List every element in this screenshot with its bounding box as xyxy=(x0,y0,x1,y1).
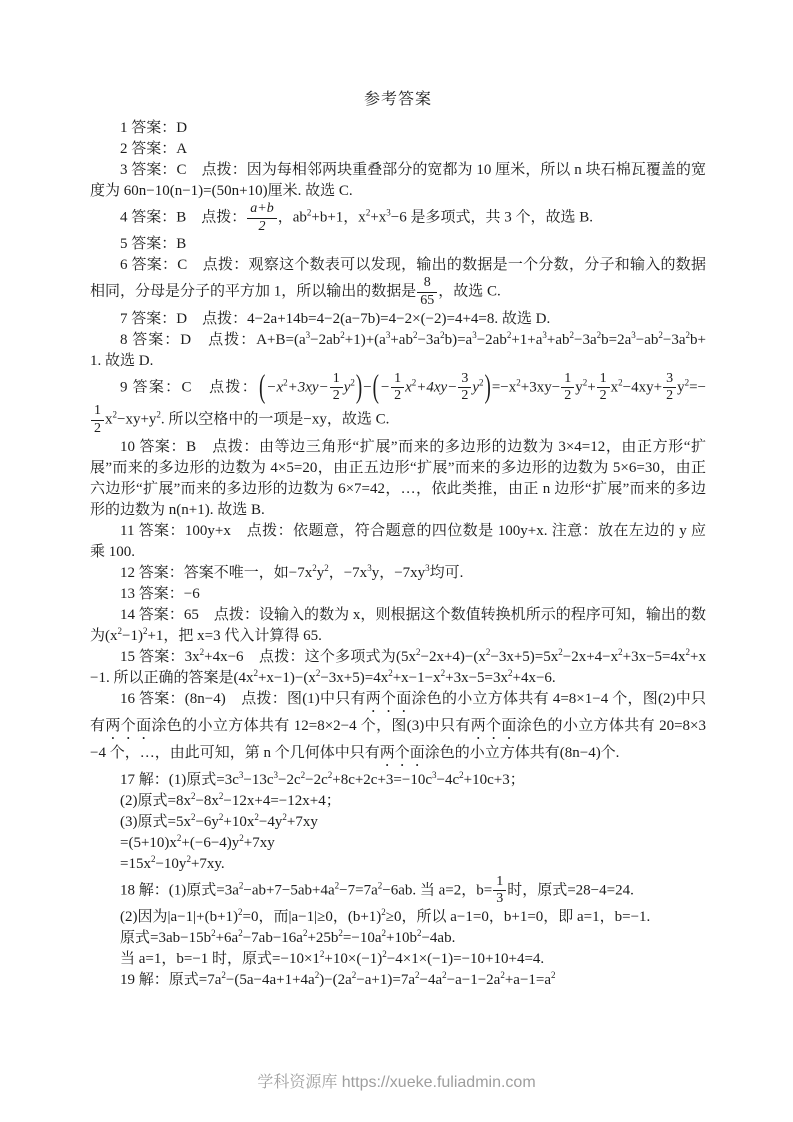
answer-paragraph: 3 答案：C 点拨：因为每相邻两块重叠部分的宽都为 10 厘米，所以 n 块石棉… xyxy=(90,160,706,202)
answer-paragraph: 18 解：(1)原式=3a2−ab+7−5ab+4a2−7=7a2−6ab. 当… xyxy=(90,875,706,907)
answer-paragraph: (3)原式=5x2−6y2+10x2−4y2+7xy xyxy=(90,812,706,833)
answer-paragraph: 16 答案：(8n−4) 点拨：图(1)中只有两个面涂色的小立方体共有 4=8×… xyxy=(90,689,706,770)
answer-paragraph: 2 答案：A xyxy=(90,139,706,160)
answer-paragraph: 6 答案：C 点拨：观察这个数表可以发现，输出的数据是一个分数，分子和输入的数据… xyxy=(90,255,706,308)
answers-section: 参考答案 1 答案：D2 答案：A3 答案：C 点拨：因为每相邻两块重叠部分的宽… xyxy=(90,86,706,991)
answer-paragraph: =15x2−10y2+7xy. xyxy=(90,854,706,875)
answer-paragraph: 1 答案：D xyxy=(90,118,706,139)
fraction: 32 xyxy=(662,372,677,404)
footer-watermark: 学科资源库 https://xueke.fuliadmin.com xyxy=(0,1069,793,1092)
answer-paragraph: 9 答案：C 点拨：(−x2+3xy−12y2)−(−12x2+4xy−32y2… xyxy=(90,372,706,437)
big-left-paren: ( xyxy=(258,371,266,404)
document-page: 参考答案 1 答案：D2 答案：A3 答案：C 点拨：因为每相邻两块重叠部分的宽… xyxy=(0,0,793,1122)
page-title: 参考答案 xyxy=(90,86,706,109)
answer-paragraph: 19 解：原式=7a2−(5a−4a+1+4a2)−(2a2−a+1)=7a2−… xyxy=(90,970,706,991)
answer-paragraph: 14 答案：65 点拨：设输入的数为 x，则根据这个数值转换机所示的程序可知，输… xyxy=(90,605,706,647)
answer-paragraph: 8 答案：D 点拨：A+B=(a3−2ab2+1)+(a3+ab2−3a2b)=… xyxy=(90,330,706,372)
fraction: 12 xyxy=(90,404,105,436)
fraction: 12 xyxy=(596,372,611,404)
answer-paragraph: 11 答案：100y+x 点拨：依题意，符合题意的四位数是 100y+x. 注意… xyxy=(90,521,706,563)
big-left-paren: ( xyxy=(372,371,380,404)
fraction: 12 xyxy=(390,372,405,404)
answer-paragraph: 7 答案：D 点拨：4−2a+14b=4−2(a−7b)=4−2×(−2)=4+… xyxy=(90,309,706,330)
answer-paragraph: 原式=3ab−15b2+6a2−7ab−16a2+25b2=−10a2+10b2… xyxy=(90,928,706,949)
answers-list: 1 答案：D2 答案：A3 答案：C 点拨：因为每相邻两块重叠部分的宽都为 10… xyxy=(90,118,706,991)
fraction: 12 xyxy=(560,372,575,404)
answer-paragraph: 13 答案：−6 xyxy=(90,584,706,605)
fraction: 865 xyxy=(416,276,438,308)
answer-paragraph: =(5+10)x2+(−6−4)y2+7xy xyxy=(90,833,706,854)
answer-paragraph: (2)原式=8x2−8x2−12x+4=−12x+4； xyxy=(90,791,706,812)
fraction: 32 xyxy=(457,372,472,404)
answer-paragraph: (2)因为|a−1|+(b+1)2=0，而|a−1|≥0，(b+1)2≥0，所以… xyxy=(90,907,706,928)
big-right-paren: ) xyxy=(484,371,492,404)
answer-paragraph: 当 a=1，b=−1 时，原式=−10×12+10×(−1)2−4×1×(−1)… xyxy=(90,949,706,970)
answer-paragraph: 15 答案：3x2+4x−6 点拨：这个多项式为(5x2−2x+4)−(x2−3… xyxy=(90,647,706,689)
big-right-paren: ) xyxy=(355,371,363,404)
answer-paragraph: 4 答案：B 点拨：a+b2，ab2+b+1，x2+x3−6 是多项式，共 3 … xyxy=(90,202,706,234)
answer-paragraph: 5 答案：B xyxy=(90,234,706,255)
fraction: 12 xyxy=(329,372,344,404)
fraction: a+b2 xyxy=(246,202,277,234)
fraction: 13 xyxy=(492,875,507,907)
answer-paragraph: 10 答案：B 点拨：由等边三角形“扩展”而来的多边形的边数为 3×4=12，由… xyxy=(90,437,706,521)
answer-paragraph: 12 答案：答案不唯一，如−7x2y2，−7x3y，−7xy3均可. xyxy=(90,563,706,584)
answer-paragraph: 17 解：(1)原式=3c3−13c3−2c2−2c2+8c+2c+3=−10c… xyxy=(90,770,706,791)
